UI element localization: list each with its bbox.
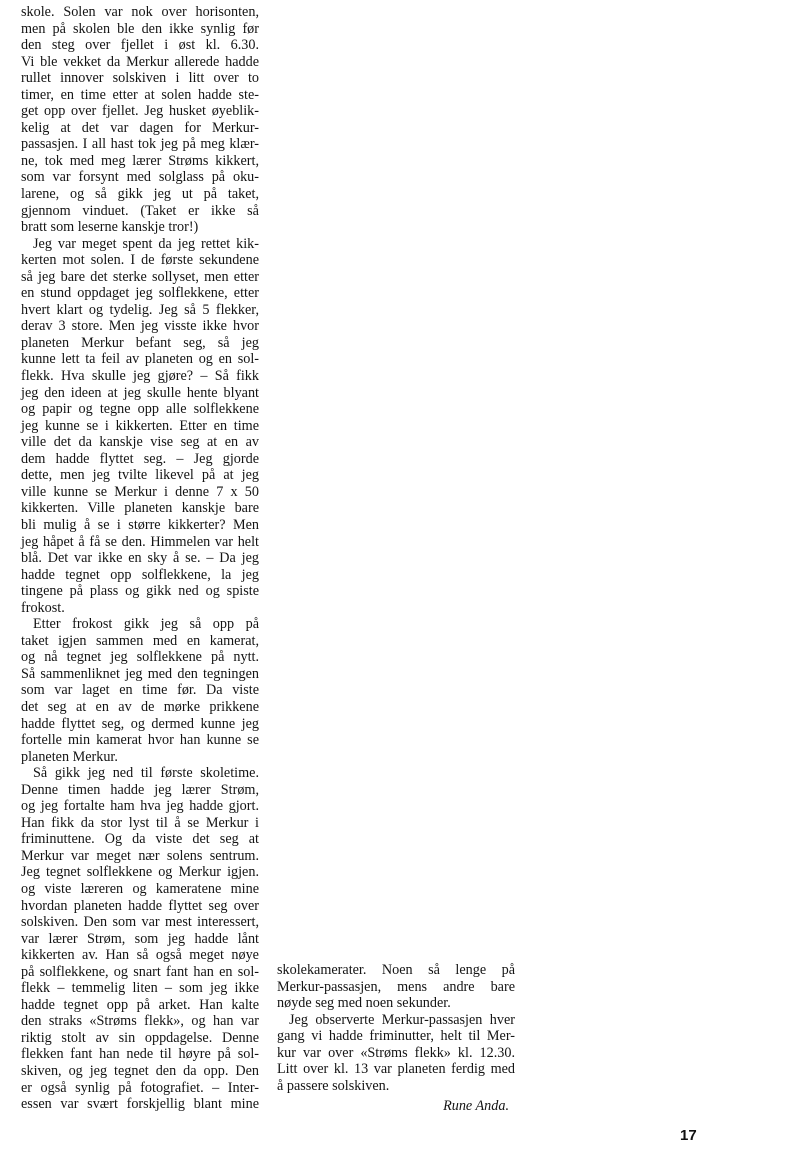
text-line: rullet innover solskiven i litt over to — [21, 70, 259, 87]
text-line: så jeg bare det sterke sollyset, men ett… — [21, 269, 259, 286]
text-line: frokost. — [21, 600, 259, 617]
article-column-right: skolekamerater. Noen så lenge på Merkur-… — [277, 962, 515, 1115]
text-line: hadde flyttet seg, og dermed kunne jeg — [21, 716, 259, 733]
author-signature: Rune Anda. — [277, 1098, 515, 1115]
text-line: hvordan planeten hadde flyttet seg over — [21, 898, 259, 915]
text-line: var lærer Strøm, som jeg hadde lånt — [21, 931, 259, 948]
text-line: en stund oppdaget jeg solflekkene, etter — [21, 285, 259, 302]
paragraph-start-line: Etter frokost gikk jeg så opp på — [21, 616, 259, 633]
text-line: blå. Det var ikke en sky å se. – Da jeg — [21, 550, 259, 567]
text-line: gjennom vinduet. (Taket er ikke så — [21, 203, 259, 220]
text-line: planeten Merkur. — [21, 749, 259, 766]
text-line: bratt som leserne kanskje tror!) — [21, 219, 259, 236]
text-line: kikkerten. Ville planeten kanskje bare — [21, 500, 259, 517]
text-line: hvert klart og tydelig. Jeg så 5 flekker… — [21, 302, 259, 319]
text-line: det seg at en av de mørke prikkene — [21, 699, 259, 716]
text-line: skolekamerater. Noen så lenge på — [277, 962, 515, 979]
paragraph-start-line: Jeg observerte Merkur-passasjen hver — [277, 1012, 515, 1029]
text-line: dette, men jeg tvilte likevel på at jeg — [21, 467, 259, 484]
text-line: Så sammenliknet jeg med den tegningen — [21, 666, 259, 683]
text-line: den steg over fjellet i øst kl. 6.30. — [21, 37, 259, 54]
text-line: bli mulig å se i større kikkerter? Men — [21, 517, 259, 534]
text-line: kur var over «Strøms flekk» kl. 12.30. — [277, 1045, 515, 1062]
text-line: og viste læreren og kameratene mine — [21, 881, 259, 898]
text-line: den straks «Strøms flekk», og han var — [21, 1013, 259, 1030]
text-line: nøyde seg med noen sekunder. — [277, 995, 515, 1012]
paragraph-start-line: Jeg var meget spent da jeg rettet kik- — [21, 236, 259, 253]
text-line: taket igjen sammen med en kamerat, — [21, 633, 259, 650]
text-line: timer, en time etter at solen hadde ste- — [21, 87, 259, 104]
text-line: kunne lett ta feil av planeten og en sol… — [21, 351, 259, 368]
article-column-left: skole. Solen var nok over horisonten, me… — [21, 4, 259, 1113]
text-line: planeten Merkur befant seg, så jeg — [21, 335, 259, 352]
text-line: get opp over fjellet. Jeg husket øyeblik… — [21, 103, 259, 120]
text-line: flekken fant han nede til høyre på sol- — [21, 1046, 259, 1063]
text-line: skiven, og jeg tegnet den da opp. Den — [21, 1063, 259, 1080]
text-line: men på skolen ble den ikke synlig før — [21, 21, 259, 38]
text-line: hadde tegnet opp solflekkene, la jeg — [21, 567, 259, 584]
text-line: solskiven. Den som var mest interessert, — [21, 914, 259, 931]
text-line: riktig stolt av sin oppdagelse. Denne — [21, 1030, 259, 1047]
text-line: essen var svært forskjellig blant mine — [21, 1096, 259, 1113]
text-line: larene, og så gikk jeg ut på taket, — [21, 186, 259, 203]
text-line: Litt over kl. 13 var planeten ferdig med — [277, 1061, 515, 1078]
text-line: som var forsynt med solglass på oku- — [21, 169, 259, 186]
text-line: jeg den ideen at jeg skulle hente blyant — [21, 385, 259, 402]
text-line: friminuttene. Og da viste det seg at — [21, 831, 259, 848]
text-line: passasjen. I all hast tok jeg på meg klæ… — [21, 136, 259, 153]
text-line: og jeg fortalte ham hva jeg hadde gjort. — [21, 798, 259, 815]
text-line: ne, tok med meg lærer Strøms kikkert, — [21, 153, 259, 170]
text-line: jeg håpet å få se den. Himmelen var helt — [21, 534, 259, 551]
text-line: derav 3 store. Men jeg visste ikke hvor — [21, 318, 259, 335]
text-line: kerten mot solen. I de første sekundene — [21, 252, 259, 269]
text-line: flekk. Hva skulle jeg gjøre? – Så fikk — [21, 368, 259, 385]
text-line: gang vi hadde friminutter, helt til Mer- — [277, 1028, 515, 1045]
text-line: ville det da kanskje vise seg at en av — [21, 434, 259, 451]
text-line: som var laget en time før. Da viste — [21, 682, 259, 699]
text-line: ville kunne se Merkur i denne 7 x 50 — [21, 484, 259, 501]
text-line: Jeg tegnet solflekkene og Merkur igjen. — [21, 864, 259, 881]
text-line: dem hadde flyttet seg. – Jeg gjorde — [21, 451, 259, 468]
text-line: fortelle min kamerat hvor han kunne se — [21, 732, 259, 749]
text-line: flekk – temmelig liten – som jeg ikke — [21, 980, 259, 997]
text-line: kikkerten av. Han så også meget nøye — [21, 947, 259, 964]
text-line: Han fikk da stor lyst til å se Merkur i — [21, 815, 259, 832]
text-line: Merkur-passasjen, mens andre bare — [277, 979, 515, 996]
text-line: på solflekkene, og snart fant han en sol… — [21, 964, 259, 981]
text-line: er også synlig på fotografiet. – Inter- — [21, 1080, 259, 1097]
text-line: og nå tegnet jeg solflekkene på nytt. — [21, 649, 259, 666]
text-line: å passere solskiven. — [277, 1078, 515, 1095]
text-line: kelig at det var dagen for Merkur- — [21, 120, 259, 137]
text-line: Denne timen hadde jeg lærer Strøm, — [21, 782, 259, 799]
text-line: Vi ble vekket da Merkur allerede hadde — [21, 54, 259, 71]
text-line: jeg kunne se i kikkerten. Etter en time — [21, 418, 259, 435]
page-number: 17 — [680, 1127, 697, 1144]
text-line: hadde tegnet opp på arket. Han kalte — [21, 997, 259, 1014]
text-line: og papir og tegne opp alle solflekkene — [21, 401, 259, 418]
text-line: skole. Solen var nok over horisonten, — [21, 4, 259, 21]
text-line: tingene på plass og gikk ned og spiste — [21, 583, 259, 600]
paragraph-start-line: Så gikk jeg ned til første skoletime. — [21, 765, 259, 782]
text-line: Merkur var meget nær solens sentrum. — [21, 848, 259, 865]
